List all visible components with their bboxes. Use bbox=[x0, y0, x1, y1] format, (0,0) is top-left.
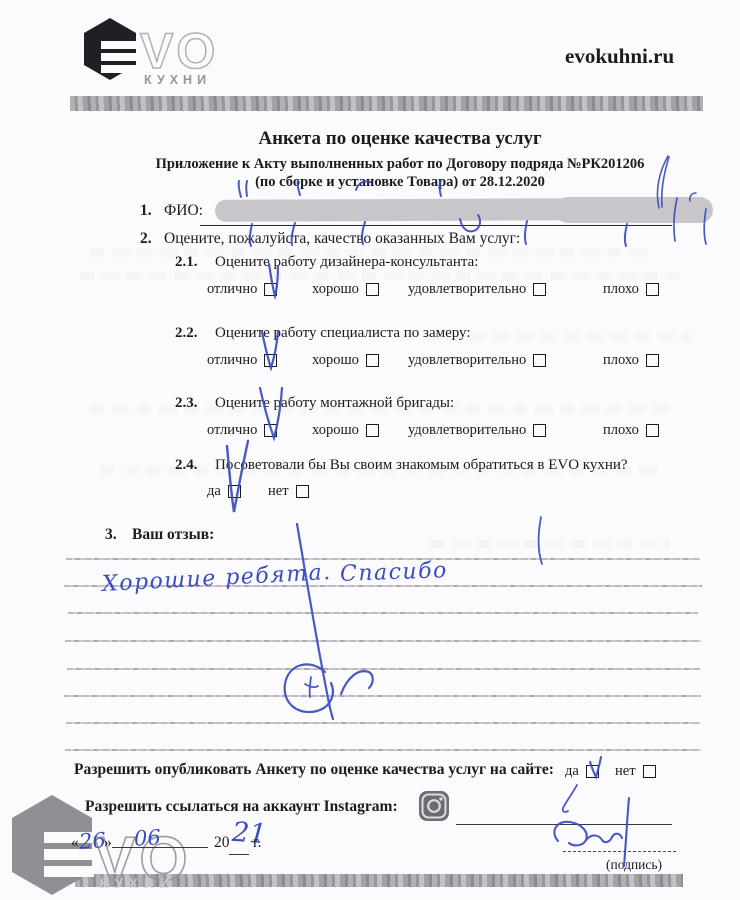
signature-scribble-center bbox=[285, 664, 333, 712]
option-udovl-2-2: удовлетворительно bbox=[408, 352, 546, 369]
option-udovl-2-1: удовлетворительно bbox=[408, 281, 546, 298]
checkbox-otlichno-2-3[interactable] bbox=[264, 424, 277, 437]
instagram-account-line bbox=[456, 823, 672, 825]
q2-number: 2. bbox=[140, 230, 152, 248]
instagram-icon bbox=[418, 790, 450, 822]
checkbox-horosho-2-3[interactable] bbox=[366, 424, 379, 437]
publish-option-net: нет bbox=[615, 763, 656, 780]
option-label: нет bbox=[615, 763, 636, 780]
option-label: нет bbox=[268, 483, 289, 500]
signature-bottom-right bbox=[554, 822, 586, 846]
checkbox-publish-net[interactable] bbox=[643, 765, 656, 778]
q1-label: ФИО: bbox=[164, 202, 203, 220]
option-label: отлично bbox=[207, 281, 257, 298]
site-url: evokuhni.ru bbox=[565, 44, 674, 69]
signature-scribble-center bbox=[305, 684, 318, 687]
option-label: плохо bbox=[603, 422, 639, 439]
bleedthrough-texture bbox=[430, 540, 670, 548]
handwritten-month: 06 bbox=[133, 825, 161, 850]
handwritten-review-part1: Хорошие ребята. bbox=[102, 560, 333, 597]
q2-label: Оцените, пожалуйста, качество оказанных … bbox=[164, 230, 520, 248]
option-otlichno-2-2: отлично bbox=[207, 352, 277, 369]
q2-1-label: Оцените работу дизайнера-консультанта: bbox=[215, 254, 478, 271]
watermark-sub-text: КУХНИ bbox=[100, 876, 175, 891]
instagram-consent-label: Разрешить ссылаться на аккаунт Instagram… bbox=[85, 798, 398, 816]
q2-3-label: Оцените работу монтажной бригады: bbox=[215, 395, 454, 412]
option-horosho-2-1: хорошо bbox=[312, 281, 379, 298]
date-close-quote: » bbox=[104, 834, 112, 852]
q3-label: Ваш отзыв: bbox=[132, 526, 214, 544]
subtitle-line-1: Приложение к Акту выполненных работ по Д… bbox=[60, 156, 740, 173]
checkmark-2-4 bbox=[227, 441, 248, 512]
option-label: отлично bbox=[207, 422, 257, 439]
checkbox-otlichno-2-1[interactable] bbox=[264, 283, 277, 296]
option-label: плохо bbox=[603, 352, 639, 369]
option-ploho-2-1: плохо bbox=[603, 281, 659, 298]
q2-3-number: 2.3. bbox=[175, 395, 198, 412]
option-horosho-2-2: хорошо bbox=[312, 352, 379, 369]
redaction-bar bbox=[215, 198, 595, 222]
option-otlichno-2-1: отлично bbox=[207, 281, 277, 298]
checkbox-net-2-4[interactable] bbox=[296, 485, 309, 498]
q1-fio-line bbox=[200, 224, 672, 226]
review-line bbox=[66, 722, 700, 724]
date-open-quote: « bbox=[71, 834, 79, 852]
signature-scribble-center bbox=[297, 524, 333, 719]
page-title: Анкета по оценке качества услуг bbox=[60, 128, 740, 150]
review-line bbox=[65, 749, 701, 751]
review-line bbox=[65, 640, 701, 642]
review-line bbox=[68, 612, 698, 614]
decorative-top-bar bbox=[70, 96, 703, 111]
signature-line bbox=[563, 850, 676, 852]
q2-2-number: 2.2. bbox=[175, 325, 198, 342]
pen-stroke-fio bbox=[625, 224, 627, 246]
checkbox-ploho-2-2[interactable] bbox=[646, 354, 659, 367]
publish-option-da: да bbox=[565, 763, 599, 780]
signature-caption: (подпись) bbox=[606, 857, 662, 873]
checkbox-horosho-2-1[interactable] bbox=[366, 283, 379, 296]
q1-number: 1. bbox=[140, 202, 152, 220]
handwritten-year: 21 bbox=[231, 817, 267, 850]
q2-4-number: 2.4. bbox=[175, 457, 198, 474]
option-net-2-4: нет bbox=[268, 483, 309, 500]
handwritten-day: 26 bbox=[78, 828, 106, 854]
signature-bottom-right bbox=[586, 834, 622, 842]
option-label: хорошо bbox=[312, 281, 359, 298]
checkbox-horosho-2-2[interactable] bbox=[366, 354, 379, 367]
checkbox-ploho-2-1[interactable] bbox=[646, 283, 659, 296]
option-ploho-2-2: плохо bbox=[603, 352, 659, 369]
date-century: 20 bbox=[214, 834, 230, 852]
option-label: удовлетворительно bbox=[408, 352, 526, 369]
publish-consent-label: Разрешить опубликовать Анкету по оценке … bbox=[74, 761, 554, 779]
signature-scribble-center bbox=[310, 677, 311, 697]
q2-2-label: Оцените работу специалиста по замеру: bbox=[215, 325, 471, 342]
option-label: хорошо bbox=[312, 422, 359, 439]
option-otlichno-2-3: отлично bbox=[207, 422, 277, 439]
pen-stroke-publish-tail bbox=[563, 785, 577, 812]
option-label: хорошо bbox=[312, 352, 359, 369]
option-label: плохо bbox=[603, 281, 639, 298]
redaction-bar bbox=[555, 197, 713, 223]
q3-number: 3. bbox=[105, 526, 117, 544]
subtitle-line-2: (по сборке и установке Товара) от 28.12.… bbox=[60, 174, 740, 191]
option-label: удовлетворительно bbox=[408, 281, 526, 298]
checkbox-publish-da[interactable] bbox=[586, 765, 599, 778]
date-era: г. bbox=[253, 834, 261, 852]
signature-bottom-right bbox=[624, 798, 629, 866]
checkbox-udovl-2-2[interactable] bbox=[533, 354, 546, 367]
q2-4-label: Посоветовали бы Вы своим знакомым обрати… bbox=[215, 457, 628, 474]
option-da-2-4: да bbox=[207, 483, 241, 500]
option-label: отлично bbox=[207, 352, 257, 369]
option-horosho-2-3: хорошо bbox=[312, 422, 379, 439]
review-line bbox=[67, 668, 700, 670]
bleedthrough-texture bbox=[80, 272, 680, 280]
option-label: да bbox=[565, 763, 579, 780]
date-year-line bbox=[229, 853, 249, 855]
review-line bbox=[64, 695, 701, 697]
checkbox-otlichno-2-2[interactable] bbox=[264, 354, 277, 367]
scanned-questionnaire-page: VO КУХНИ evokuhni.ru Анкета по оценке ка… bbox=[0, 0, 740, 900]
checkbox-udovl-2-1[interactable] bbox=[533, 283, 546, 296]
option-ploho-2-3: плохо bbox=[603, 422, 659, 439]
q2-1-number: 2.1. bbox=[175, 254, 198, 271]
checkbox-ploho-2-3[interactable] bbox=[646, 424, 659, 437]
logo-sub-text: КУХНИ bbox=[144, 73, 211, 87]
checkbox-da-2-4[interactable] bbox=[228, 485, 241, 498]
logo-brand-text: VO bbox=[140, 23, 218, 79]
signature-scribble-center bbox=[341, 671, 373, 694]
evo-logo: VO КУХНИ bbox=[78, 12, 228, 90]
checkbox-udovl-2-3[interactable] bbox=[533, 424, 546, 437]
option-label: удовлетворительно bbox=[408, 422, 526, 439]
option-label: да bbox=[207, 483, 221, 500]
handwritten-review-part2: Спасибо bbox=[340, 558, 449, 587]
option-udovl-2-3: удовлетворительно bbox=[408, 422, 546, 439]
